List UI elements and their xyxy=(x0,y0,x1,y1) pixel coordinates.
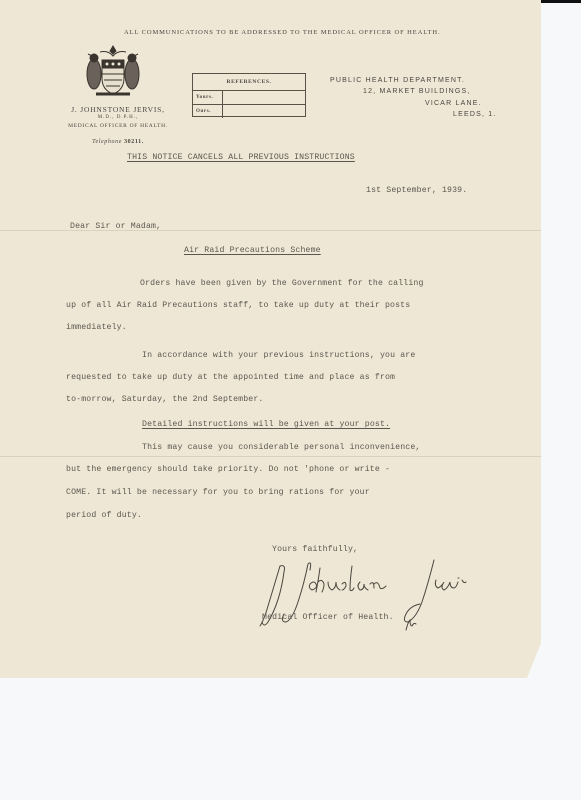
letter-date: 1st September, 1939. xyxy=(366,186,467,195)
salutation: Dear Sir or Madam, xyxy=(70,222,161,231)
officer-qualifications: M.D., D.P.H., xyxy=(56,115,180,120)
address-line: LEEDS, 1. xyxy=(453,111,496,118)
telephone-number: 30211. xyxy=(124,139,144,145)
body-line: immediately. xyxy=(66,323,127,332)
letterhead-notice: ALL COMMUNICATIONS TO BE ADDRESSED TO TH… xyxy=(124,29,440,36)
reference-value xyxy=(223,91,305,104)
body-line: COME. It will be necessary for you to br… xyxy=(66,488,370,497)
body-line: This may cause you considerable personal… xyxy=(142,443,420,452)
body-line: period of duty. xyxy=(66,511,142,520)
signature-icon xyxy=(258,558,473,638)
body-line: requested to take up duty at the appoint… xyxy=(66,373,395,382)
body-line-emphasis: Detailed instructions will be given at y… xyxy=(142,420,390,429)
body-line: Orders have been given by the Government… xyxy=(140,279,424,288)
reference-value xyxy=(223,105,305,118)
reference-label: Ours. xyxy=(193,105,223,118)
officer-name: J. JOHNSTONE JERVIS, xyxy=(56,105,180,114)
reference-row: Yours. xyxy=(193,91,305,105)
references-heading: REFERENCES. xyxy=(193,74,305,91)
telephone: Telephone 30211. xyxy=(56,139,180,145)
body-line: to-morrow, Saturday, the 2nd September. xyxy=(66,395,263,404)
subject-line: Air Raid Precautions Scheme xyxy=(184,246,321,255)
signatory-title: Medical Officer of Health. xyxy=(262,613,394,622)
address-line: PUBLIC HEALTH DEPARTMENT. xyxy=(330,77,465,84)
officer-title: MEDICAL OFFICER OF HEALTH. xyxy=(56,123,180,129)
fold-line xyxy=(0,456,541,457)
notice-heading: THIS NOTICE CANCELS ALL PREVIOUS INSTRUC… xyxy=(127,153,355,162)
body-line: up of all Air Raid Precautions staff, to… xyxy=(66,301,410,310)
letter-page: ALL COMMUNICATIONS TO BE ADDRESSED TO TH… xyxy=(0,0,541,678)
body-line: but the emergency should take priority. … xyxy=(66,465,390,474)
coat-of-arms-icon xyxy=(82,44,144,104)
scan-edge-bar xyxy=(539,0,581,3)
address-line: 12, MARKET BUILDINGS, xyxy=(363,88,471,95)
closing: Yours faithfully, xyxy=(272,545,358,554)
body-line: In accordance with your previous instruc… xyxy=(142,351,415,360)
reference-label: Yours. xyxy=(193,91,223,104)
reference-row: Ours. xyxy=(193,105,305,118)
telephone-label: Telephone xyxy=(92,139,122,145)
address-line: VICAR LANE. xyxy=(425,100,482,107)
references-box: REFERENCES. Yours. Ours. xyxy=(192,73,306,117)
